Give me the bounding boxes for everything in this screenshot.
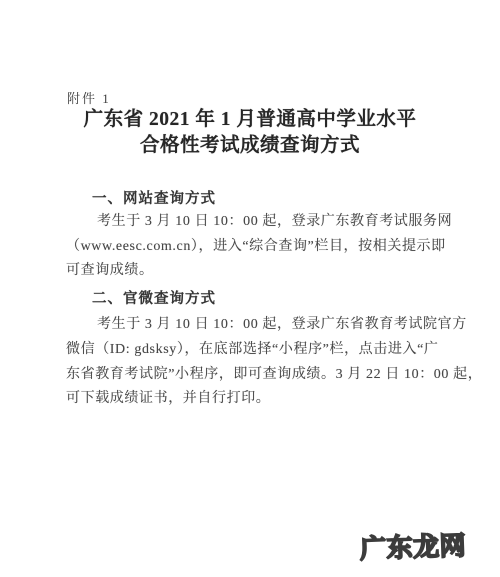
section-2-paragraph-line-1: 考生于 3 月 10 日 10：00 起，登录广东省教育考试院官方 [66,313,467,333]
section-1-paragraph-line-2: （www.eesc.com.cn），进入“综合查询”栏目，按相关提示即 [66,235,446,255]
document-title-line2: 合格性考试成绩查询方式 [0,133,500,159]
section-1-paragraph-line-3: 可查询成绩。 [66,259,154,279]
section-2-paragraph-line-4: 可下载成绩证书，并自行打印。 [66,387,270,407]
section-1-paragraph-line-1: 考生于 3 月 10 日 10：00 起，登录广东教育考试服务网 [66,210,452,230]
section-2-paragraph-line-3: 东省教育考试院”小程序，即可查询成绩。3 月 22 日 10：00 起， [66,363,482,383]
section-2-heading: 二、官微查询方式 [66,287,216,308]
document-title-line1: 广东省 2021 年 1 月普通高中学业水平 [0,107,500,133]
document-title: 广东省 2021 年 1 月普通高中学业水平 合格性考试成绩查询方式 [0,107,500,159]
document-page: 附件 1 广东省 2021 年 1 月普通高中学业水平 合格性考试成绩查询方式 … [0,0,500,577]
section-1-heading: 一、网站查询方式 [66,187,216,208]
site-watermark: 广东龙网 [359,525,466,566]
section-2-paragraph-line-2: 微信（ID: gdsksy），在底部选择“小程序”栏，点击进入“广 [66,338,439,358]
attachment-label: 附件 1 [67,88,111,107]
